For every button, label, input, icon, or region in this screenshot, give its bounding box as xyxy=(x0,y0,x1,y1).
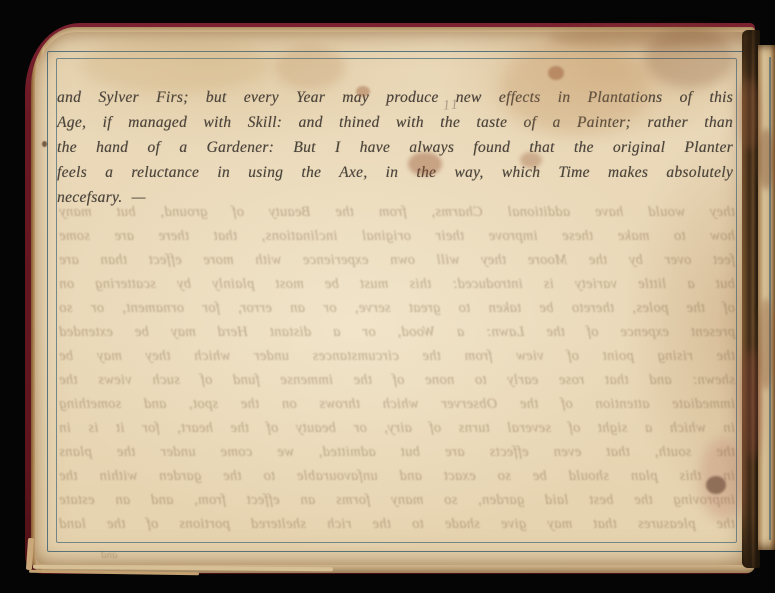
stain-spot xyxy=(356,86,370,97)
bleedthrough-line: how to make these improve their original… xyxy=(59,224,735,248)
bleedthrough-line: the rising point of view from the circum… xyxy=(59,344,735,368)
bleedthrough-line: in this plan should be so exact and unfa… xyxy=(59,464,735,488)
bleedthrough-line: in which a sight of several turns of air… xyxy=(59,416,735,440)
bleedthrough-line: improving the best laid garden, so many … xyxy=(59,488,735,512)
margin-dot xyxy=(42,141,47,147)
stain xyxy=(700,438,746,520)
bleedthrough-line: present expence of the Lawn: a Wood, or … xyxy=(59,320,735,344)
stain xyxy=(275,45,345,90)
bleedthrough-line: feet over by the Moore they will own exp… xyxy=(59,248,735,272)
stain xyxy=(758,298,774,390)
stain xyxy=(80,38,270,93)
stain-blob xyxy=(408,152,442,176)
stain xyxy=(758,128,774,190)
stain xyxy=(645,28,735,88)
bleedthrough-line: but a little variety is introduced: this… xyxy=(59,272,735,296)
bleedthrough-text: they would have additional Charms, from … xyxy=(59,200,735,536)
next-page-ruled-line xyxy=(769,57,771,540)
bleedthrough-line: they would have additional Charms, from … xyxy=(59,200,735,224)
manuscript-page: 11 and Sylver Firs; but every Year may p… xyxy=(35,32,755,565)
bleedthrough-line: of the poles, thereto be taken to great … xyxy=(59,296,735,320)
stain xyxy=(500,40,650,135)
bleedthrough-line: the south, that even effects are but adm… xyxy=(59,440,735,464)
stain-blob xyxy=(520,152,542,168)
manuscript-line: feels a reluctance in using the Axe, in … xyxy=(57,160,733,185)
bleedthrough-line: the pleasures that may give shade to the… xyxy=(59,512,735,536)
stain xyxy=(738,78,760,150)
bleedthrough-catchword: and xyxy=(101,549,118,561)
manuscript-line: the hand of a Gardener: But I have alway… xyxy=(57,135,733,160)
manuscript-photo: 11 and Sylver Firs; but every Year may p… xyxy=(0,0,775,593)
bleedthrough-line: shewn: and that rose early to none of th… xyxy=(59,368,735,392)
bleedthrough-line: immediate attention of the Observer whic… xyxy=(59,392,735,416)
